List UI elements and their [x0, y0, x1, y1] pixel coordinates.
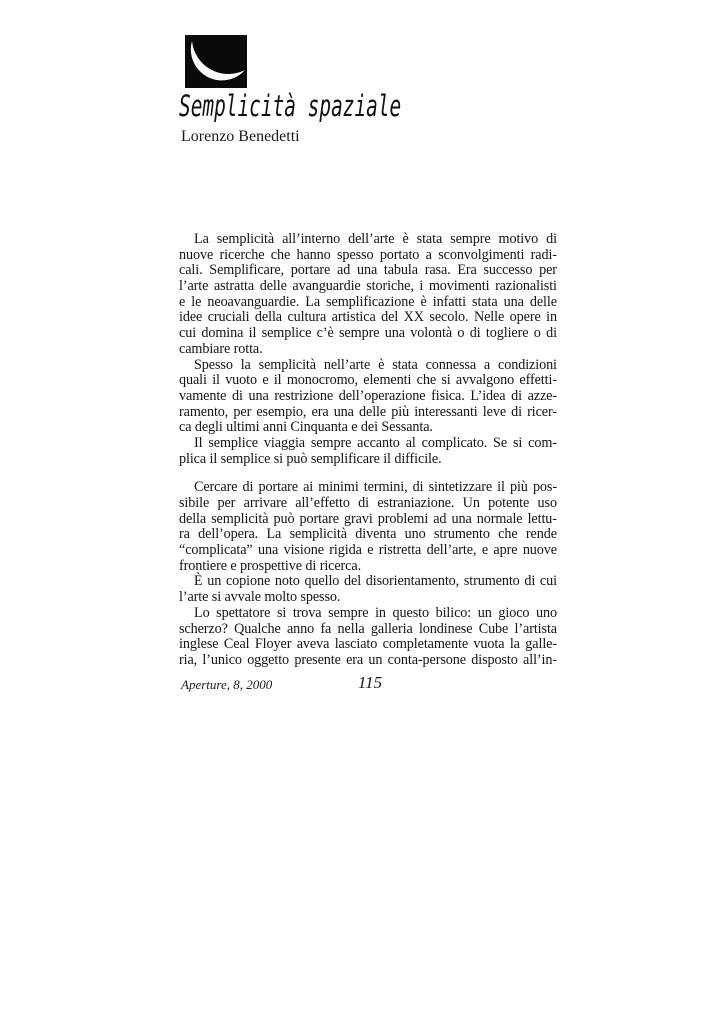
text-line: ingleseCealFloyeravevalasciatocompletame…: [179, 637, 557, 653]
text-line: frontiere e prospettive di ricerca.: [179, 559, 557, 575]
page-number: 115: [358, 673, 382, 693]
text-line: Lasemplicitàall’internodell’arteèstatase…: [179, 232, 557, 248]
paragraph: Cercarediportareaiminimitermini,disintet…: [179, 480, 557, 574]
paragraph: Spessolasemplicitànell’arteèstataconness…: [179, 358, 557, 436]
crescent-moon-icon: [185, 35, 247, 88]
paragraph: Lasemplicitàall’internodell’arteèstatase…: [179, 232, 557, 358]
text-line: Ilsempliceviaggiasempreaccantoalcomplica…: [179, 436, 557, 452]
text-line: plica il semplice si può semplificare il…: [179, 452, 557, 468]
text-line: radell’opera.Lasemplicitàdiventaunostrum…: [179, 527, 557, 543]
article-body: Lasemplicitàall’internodell’arteèstatase…: [179, 232, 557, 669]
paragraph: Èuncopionenotoquellodeldisorientamento,s…: [179, 574, 557, 605]
text-line: cali.Semplificare,portareadunatabularasa…: [179, 263, 557, 279]
text-line: Èuncopionenotoquellodeldisorientamento,s…: [179, 574, 557, 590]
text-line: ca degli ultimi anni Cinquanta e dei Ses…: [179, 420, 557, 436]
text-line: nuovericerchechehannospessoportatoasconv…: [179, 248, 557, 264]
text-line: ideecrucialidellaculturaartisticadelXXse…: [179, 310, 557, 326]
text-line: ria,l’unicooggettopresenteeraunconta-per…: [179, 653, 557, 669]
text-line: vamentediunarestrizionedell’operazionefi…: [179, 389, 557, 405]
text-line: qualiilvuotoeilmonocromo,elementichesiav…: [179, 373, 557, 389]
text-line: Spessolasemplicitànell’arteèstataconness…: [179, 358, 557, 374]
journal-logo: [185, 35, 247, 88]
paragraph: Lospettatoresitrovasempreinquestobilico:…: [179, 606, 557, 669]
text-line: sibileperarrivareall’effettodiestraniazi…: [179, 496, 557, 512]
text-line: l’arte si avvale molto spesso.: [179, 590, 557, 606]
page-footer: Aperture, 8, 2000 115: [181, 675, 559, 695]
text-line: ramento,peresempio,eraunadellepiùinteres…: [179, 405, 557, 421]
page-title: Semplicità spaziale: [179, 89, 401, 123]
text-line: dellasemplicitàpuòportaregraviproblemiad…: [179, 512, 557, 528]
text-line: Cercarediportareaiminimitermini,disintet…: [179, 480, 557, 496]
scanned-page: Semplicità spaziale Lorenzo Benedetti La…: [0, 0, 725, 1024]
text-line: Lospettatoresitrovasempreinquestobilico:…: [179, 606, 557, 622]
text-line: cambiare rotta.: [179, 342, 557, 358]
text-line: cuidominailsemplicec’èsempreunavolontàod…: [179, 326, 557, 342]
text-line: eleneoavanguardie.Lasemplificazioneèinfa…: [179, 295, 557, 311]
author-name: Lorenzo Benedetti: [181, 128, 300, 146]
text-line: l’arteastrattadelleavanguardiestoriche,i…: [179, 279, 557, 295]
paragraph: Ilsempliceviaggiasempreaccantoalcomplica…: [179, 436, 557, 467]
journal-reference: Aperture, 8, 2000: [181, 677, 272, 693]
text-line: “complicata”unavisionerigidaeristrettade…: [179, 543, 557, 559]
text-line: scherzo?Qualcheannofanellagallerialondin…: [179, 622, 557, 638]
